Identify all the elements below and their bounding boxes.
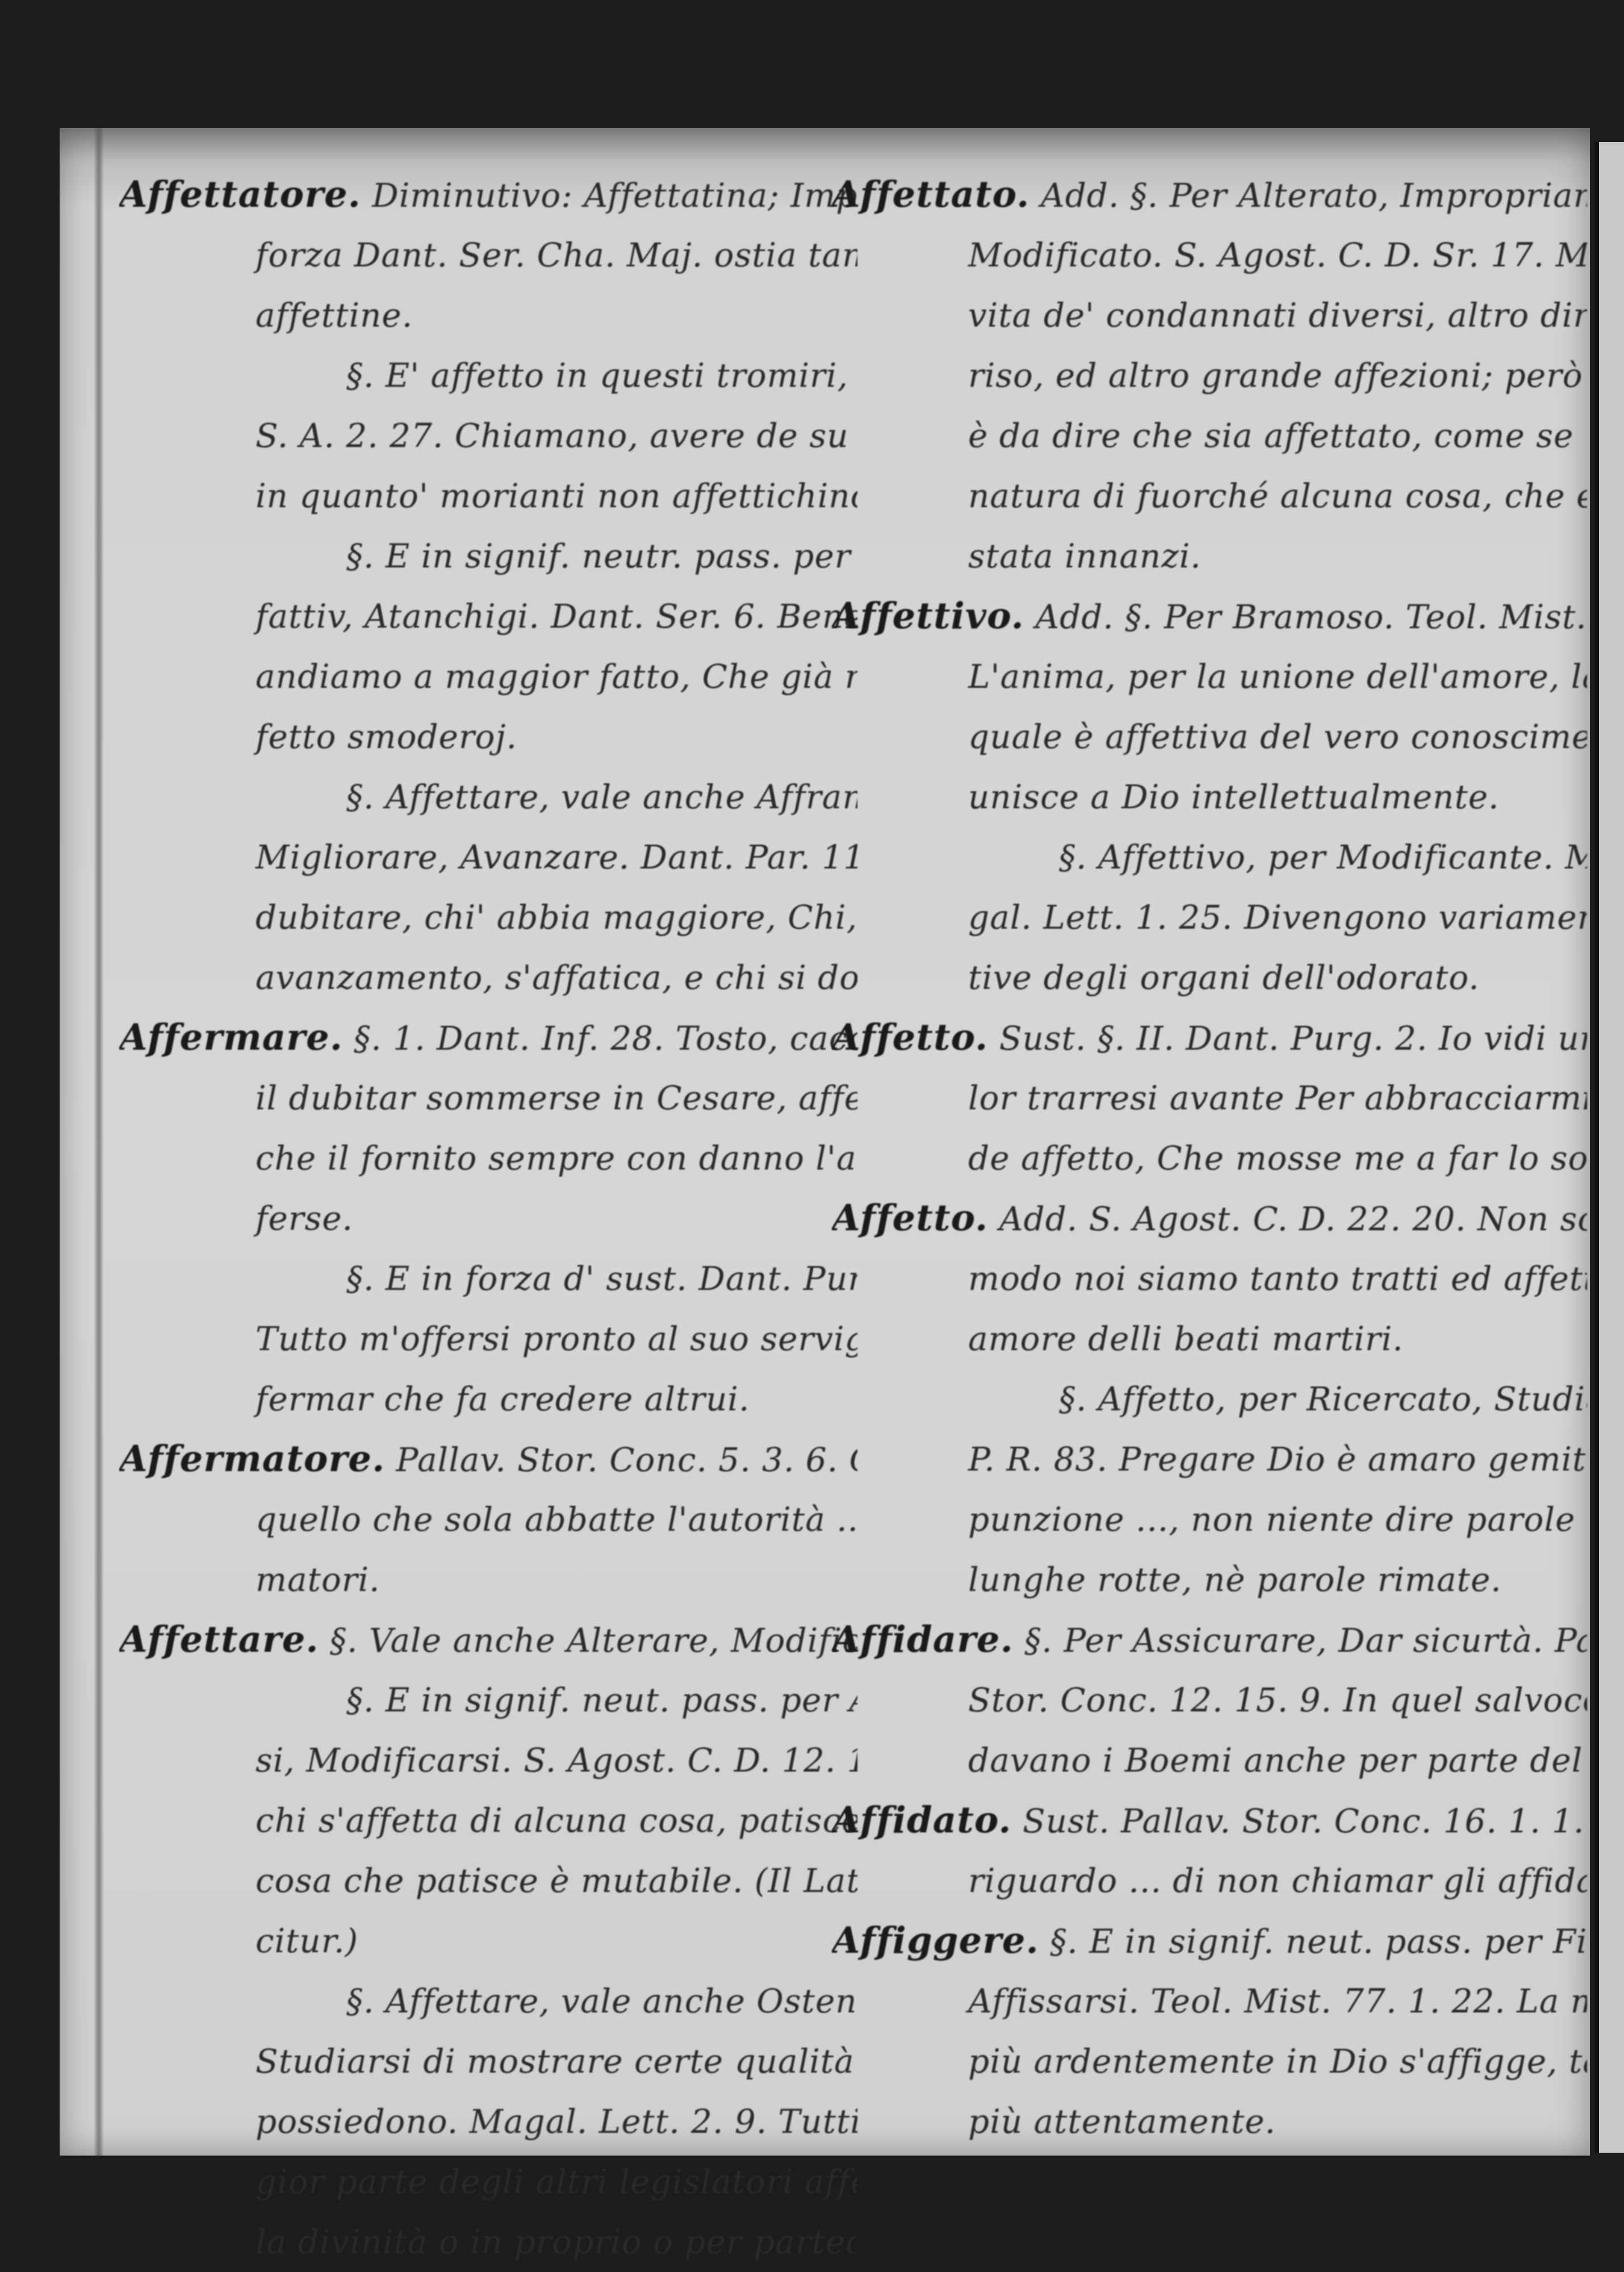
headword: Affetto. [832,1016,988,1059]
text-line: §. Affettare, vale anche Affrancare, [159,767,857,827]
headword: Affetto. [832,1197,988,1239]
text-line: lunghe rotte, nè parole rimate. [872,1550,1587,1610]
text-line: che il fornito sempre con danno l'attend… [159,1128,857,1188]
text-line: in quanto' morianti non affettichino lo … [159,466,857,526]
text-line: più ardentemente in Dio s'affigge, tanto… [872,2031,1587,2091]
text-line: possiedono. Magal. Lett. 2. 9. Tutti o l… [159,2091,857,2152]
entry-headline: Affettivo. Add. §. Per Bramoso. Teol. Mi… [832,586,1587,646]
text-line: gior parte degli altri legislatori affet… [159,2152,857,2212]
text-line: Affissarsi. Teol. Mist. 77. 1. 22. La me… [872,1971,1587,2031]
headword: Affermatore. [119,1438,385,1480]
text-line: ferse. [159,1188,857,1248]
text-line: Migliorare, Avanzare. Dant. Par. 11. E c… [159,827,857,887]
headword: Affettare. [119,1618,319,1661]
headword: Affidare. [832,1618,1014,1661]
text-line: citur.) [159,1911,857,1971]
text-line: Stor. Conc. 12. 15. 9. In quel salvocond… [872,1670,1587,1730]
text-line: vita de' condannati diversi, altro dir g… [872,285,1587,345]
text-line: riso, ed altro grande affezioni; però ch… [872,345,1587,406]
text-line: fermar che fa credere altrui. [159,1369,857,1429]
text-line: stata innanzi. [872,526,1587,586]
text-line: de affetto, Che mosse me a far lo somigl… [872,1128,1587,1188]
text-line: gal. Lett. 1. 25. Divengono variamente a… [872,887,1587,947]
text-line: §. E in signif. neutr. pass. per Animo [159,526,857,586]
text-line: §. Affettare, vale anche Ostentare, [159,1971,857,2031]
text-line: avanzamento, s'affatica, e chi si dona a… [159,947,857,1008]
text-line: amore delli beati martiri. [872,1309,1587,1369]
text-line: fetto smoderoj. [159,707,857,767]
text-line: S. A. 2. 27. Chiamano, avere de su denar… [159,406,857,466]
entry-headline: Affetto. Sust. §. II. Dant. Purg. 2. Io … [832,1008,1587,1068]
text-line: chi s'affetta di alcuna cosa, patisce, e… [159,1790,857,1851]
entry-headline: Affettato. Add. §. Per Alterato, Impropr… [832,165,1587,225]
adjacent-page-edge [1594,142,1624,2153]
text-line: riguardo ... di non chiamar gli affidati… [872,1851,1587,1911]
text-line: fattiv, Atanchigi. Dant. Ser. 6. Bene do… [159,586,857,646]
headword: Affermare. [119,1016,343,1059]
text-line: Modificato. S. Agost. C. D. Sr. 17. Ma' … [872,225,1587,285]
text-line: §. E in forza d' sust. Dant. Purg. 26. [159,1248,857,1309]
text-line: lor trarresi avante Per abbracciarmi con… [872,1068,1587,1128]
entry-headline: Affermare. §. 1. Dant. Inf. 28. Tosto, c… [119,1008,857,1068]
text-line: il dubitar sommerse in Cesare, affermand… [159,1068,857,1128]
text-line: §. E' affetto in questi tromiri, Cheru [159,345,857,406]
text-line: modo noi siamo tanto tratti ed affetti d… [872,1248,1587,1309]
text-line: è da dire che sia affettato, come se nel… [872,406,1587,466]
text-line: quello che sola abbatte l'autorità ... d… [159,1489,857,1550]
headword: Affidato. [832,1799,1012,1841]
text-line: P. R. 83. Pregare Dio è amaro gemito di … [872,1429,1587,1489]
text-line: §. Affetto, per Ricercato, Studiato. Seg… [872,1369,1587,1429]
text-line: matori. [159,1550,857,1610]
text-line: quale è affettiva del vero conoscimento,… [872,707,1587,767]
entry-headline: Affettare. §. Vale anche Alterare, Modif… [119,1610,857,1670]
text-line: andiamo a maggior fatto, Che già non m' … [159,646,857,707]
left-column: Affettatore. Diminutivo: Affettatina; Im… [159,165,857,2272]
text-line: si, Modificarsi. S. Agost. C. D. 12. 17.… [159,1730,857,1790]
entry-headline: Affidato. Sust. Pallav. Stor. Conc. 16. … [832,1790,1587,1851]
text-line: punzione ..., non niente dire parole aff… [872,1489,1587,1550]
right-column: Affettato. Add. §. Per Alterato, Impropr… [872,165,1587,2152]
text-line: unisce a Dio intellettualmente. [872,767,1587,827]
headword: Affettato. [832,173,1029,216]
text-line: §. Affettivo, per Modificante. Ma- [872,827,1587,887]
text-line: affettine. [159,285,857,345]
text-line: forza Dant. Ser. Cha. Maj. ostia tanto d… [159,225,857,285]
text-line: dubitare, chi' abbia maggiore, Chi, nel … [159,887,857,947]
entry-headline: Affetto. Add. S. Agost. C. D. 22. 20. No… [832,1188,1587,1248]
text-line: tive degli organi dell'odorato. [872,947,1587,1008]
text-line: §. E in signif. neut. pass. per Alterar [159,1670,857,1730]
entry-headline: Affettatore. Diminutivo: Affettatina; Im… [119,165,857,225]
text-line: cosa che patisce è mutabile. (Il Lat. ha… [159,1851,857,1911]
headword: Affiggere. [832,1919,1039,1962]
text-line: Tutto m'offersi pronto al suo servigio, … [159,1309,857,1369]
entry-headline: Affidare. §. Per Assicurare, Dar sicurtà… [832,1610,1587,1670]
entry-headline: Affiggere. §. E in signif. neut. pass. p… [832,1911,1587,1971]
entry-headline: Affermatore. Pallav. Stor. Conc. 5. 3. 6… [119,1429,857,1489]
text-line: L'anima, per la unione dell'amore, la [872,646,1587,707]
text-line: la divinità o in proprio o per partecipa… [159,2212,857,2272]
text-line: più attentamente. [872,2091,1587,2152]
headword: Affettatore. [119,173,361,216]
ruled-margin-line [94,128,104,2156]
text-line: davano i Boemi anche per parte del Papa. [872,1730,1587,1790]
text-line: Studiarsi di mostrare certe qualità che … [159,2031,857,2091]
headword: Affettivo. [832,595,1024,637]
text-line: natura di fuorché alcuna cosa, che esser… [872,466,1587,526]
